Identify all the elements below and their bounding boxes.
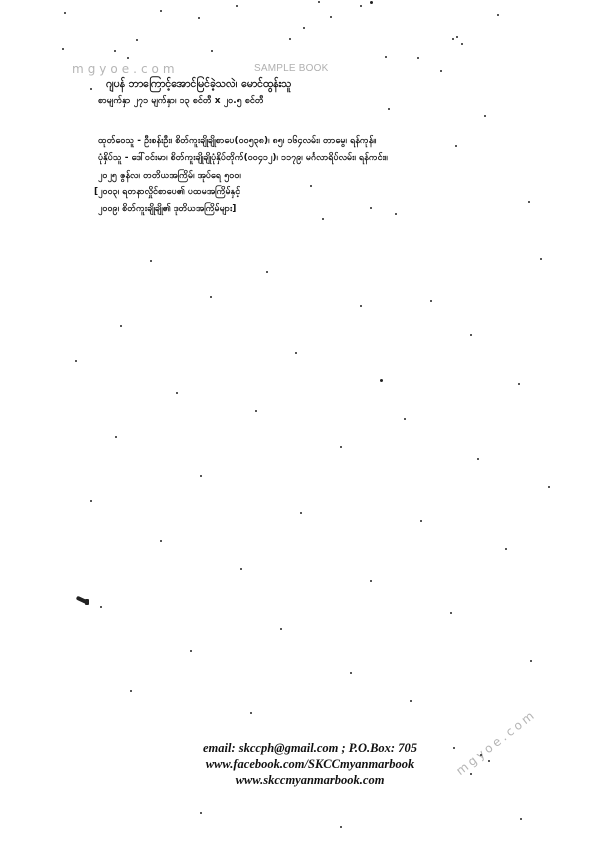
second-edition-note: ၂၀၀၉၊ စိတ်ကူးချိုချို၏ ဒုတိယအကြိမ်များ]: [98, 203, 236, 216]
watermark-sample-book: SAMPLE BOOK: [254, 63, 328, 74]
email-pobox-line: email: skccph@gmail.com ; P.O.Box: 705: [170, 740, 450, 756]
book-page-size-info: စာမျက်နှာ ၂၇၁ မျက်နှာ၊ ၁၃ စင်တီ x ၂၀.၅ စ…: [98, 95, 264, 108]
edition-line: ၂၀၂၅ ဇွန်လ၊ တတိယအကြိမ်၊ အုပ်ရေ ၅၀၀၊: [98, 170, 241, 183]
watermark-site-top: mgyoe.com: [72, 62, 179, 76]
publisher-line: ထုတ်ဝေသူ - ဦးစန်းဦး၊ စိတ်ကူးချိုချိုစာပေ…: [98, 135, 376, 148]
website-link[interactable]: www.skccmyanmarbook.com: [170, 772, 450, 788]
contact-info: email: skccph@gmail.com ; P.O.Box: 705 w…: [170, 740, 450, 788]
facebook-link[interactable]: www.facebook.com/SKCCmyanmarbook: [170, 756, 450, 772]
book-title-author: ဂျပန် ဘာကြောင့်အောင်မြင်ခဲ့သလဲ၊ မောင်ထွန…: [106, 78, 291, 93]
first-edition-note: [၂၀၀၃၊ ရတနာလှိုင်စာပေ၏ ပထမအကြိမ်နှင့်: [94, 186, 240, 199]
printer-line: ပုံနှိပ်သူ - ဒေါ်ဝင်းမာ၊ စိတ်ကူးချိုချို…: [98, 152, 388, 165]
watermark-site-bottom: mgyoe.com: [453, 707, 539, 778]
book-imprint-page: mgyoe.com SAMPLE BOOK mgyoe.com ဂျပန် ဘာ…: [0, 0, 595, 842]
